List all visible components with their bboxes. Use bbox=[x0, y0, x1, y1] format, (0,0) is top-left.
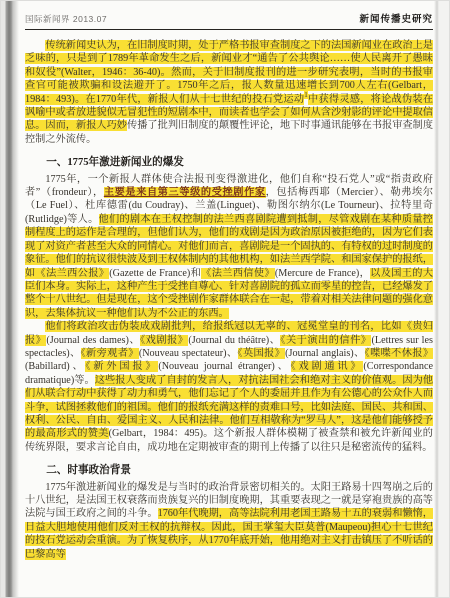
article-body: 传统新闻史认为，在旧制度时期，处于严格书报审查制度之下的法国新闻业在政治上是乏味… bbox=[25, 39, 433, 561]
text-run: 主要是来自第三等级的受挫剧作家 bbox=[104, 187, 266, 198]
text-run: (Gazette de France)和 bbox=[109, 268, 201, 279]
text-run: (Nouveau journal étranger)、 bbox=[158, 361, 290, 372]
text-run: 《法兰西信使》 bbox=[201, 268, 275, 279]
text-run: (Nouveau spectateur)、 bbox=[139, 348, 238, 359]
paragraph: 1775年激进新闻业的爆发是与当时的政治背景密切相关的。太阳王路易十四驾崩之后的… bbox=[25, 481, 433, 561]
paragraph: 他们将政治攻击伪装成戏剧批判，给报纸冠以无辜的、冠冕堂皇的刊名，比如《贵妇报》(… bbox=[25, 320, 433, 454]
text-run: 《戏剧通讯》 bbox=[291, 361, 364, 372]
text-run: (Babillard)、 bbox=[25, 361, 85, 372]
text-run: 《戏剧报》 bbox=[140, 335, 188, 346]
text-run: (Journal du théâtre)、 bbox=[188, 335, 280, 346]
paragraph: 传统新闻史认为，在旧制度时期，处于严格书报审查制度之下的法国新闻业在政治上是乏味… bbox=[25, 39, 433, 146]
section-title: 新闻传播史研究 bbox=[359, 11, 433, 25]
text-run: 《新旁观者》 bbox=[81, 348, 139, 359]
text-run: (Journal anglais)、 bbox=[285, 348, 364, 359]
text-run: (Mercure de France)， bbox=[275, 268, 370, 279]
text-run: 《新外国报》 bbox=[85, 361, 158, 372]
text-run: 《关于演出的信件》 bbox=[280, 335, 371, 346]
text-run: 《喋喋不休报》 bbox=[365, 348, 433, 359]
text-run: (Journal des dames)、 bbox=[46, 335, 140, 346]
section-heading: 二、时事政治背景 bbox=[25, 464, 433, 477]
scanned-page-photo: 国际新闻界 2013.07 新闻传播史研究 传统新闻史认为，在旧制度时期，处于严… bbox=[0, 0, 450, 598]
section-heading: 一、1775年激进新闻业的爆发 bbox=[25, 156, 433, 169]
text-run: 《英国报》 bbox=[238, 348, 286, 359]
journal-title: 国际新闻界 2013.07 bbox=[25, 13, 107, 25]
page-header: 国际新闻界 2013.07 新闻传播史研究 bbox=[25, 11, 433, 30]
paragraph: 1775年，一个新报人群体使合法报刊变得激进化，他们自称“投石党人”或“指责政府… bbox=[25, 173, 433, 320]
journal-page: 国际新闻界 2013.07 新闻传播史研究 传统新闻史认为，在旧制度时期，处于严… bbox=[25, 11, 433, 598]
